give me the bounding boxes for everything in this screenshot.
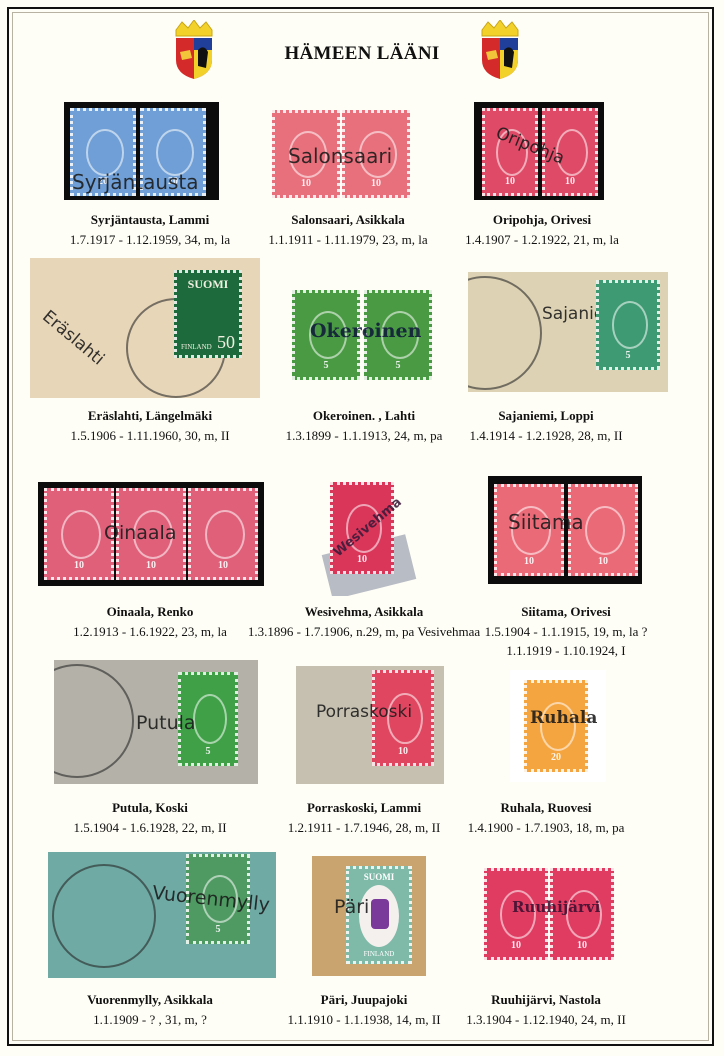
page-title: HÄMEEN LÄÄNI bbox=[0, 43, 724, 65]
coat-of-arms-icon bbox=[478, 20, 522, 80]
entry-name: Salonsaari, Asikkala bbox=[238, 212, 458, 228]
entry-name: Ruuhijärvi, Nastola bbox=[436, 992, 656, 1008]
postmark bbox=[468, 276, 542, 390]
entry-name: Oinaala, Renko bbox=[40, 604, 260, 620]
entry-dates: 1.5.1904 - 1.1.1915, 19, m, la ? bbox=[456, 622, 676, 641]
stamp-exhibit: 10 10 Ruuhijärvi bbox=[484, 868, 616, 962]
entry-caption: Salonsaari, Asikkala 1.1.1911 - 1.11.197… bbox=[238, 212, 458, 249]
entry-name: Oripohja, Orivesi bbox=[432, 212, 652, 228]
entry-dates: 1.5.1904 - 1.6.1928, 22, m, II bbox=[40, 818, 260, 837]
entry-dates: 1.7.1917 - 1.12.1959, 34, m, la bbox=[40, 230, 260, 249]
stamp-exhibit: 20 Ruhala bbox=[510, 670, 606, 782]
stamp-exhibit: 10 10 Siitama bbox=[488, 476, 642, 584]
entry-caption: Syrjäntausta, Lammi 1.7.1917 - 1.12.1959… bbox=[40, 212, 260, 249]
entry-dates-secondary: 1.1.1919 - 1.10.1924, I bbox=[456, 641, 676, 660]
entry-dates: 1.3.1896 - 1.7.1906, n.29, m, pa Vesiveh… bbox=[244, 622, 484, 641]
entry-dates: 1.4.1900 - 1.7.1903, 18, m, pa bbox=[436, 818, 656, 837]
entry-name: Syrjäntausta, Lammi bbox=[40, 212, 260, 228]
lion-emblem-icon bbox=[371, 899, 389, 929]
stamp-exhibit: 10 10 Salonsaari bbox=[272, 110, 412, 200]
postmark bbox=[54, 664, 134, 778]
stamp: SUOMI FINLAND 50 bbox=[174, 270, 242, 358]
entry-name: Sajaniemi, Loppi bbox=[436, 408, 656, 424]
overprint: Eräslahti bbox=[38, 306, 108, 369]
overprint: Salonsaari bbox=[288, 144, 392, 168]
overprint: Porraskoski bbox=[316, 702, 412, 722]
stamp-exhibit: SUOMI FINLAND Päri bbox=[312, 856, 426, 976]
overprint: Ruhala bbox=[530, 708, 597, 728]
stamp-exhibit: 20 20 Syrjäntausta bbox=[64, 102, 219, 200]
stamp-exhibit: 5 Putula bbox=[54, 660, 258, 784]
entry-caption: Siitama, Orivesi 1.5.1904 - 1.1.1915, 19… bbox=[456, 604, 676, 660]
stamp: 5 bbox=[596, 280, 660, 370]
overprint: Siitama bbox=[508, 510, 584, 534]
stamp-exhibit: SUOMI FINLAND 50 Eräslahti bbox=[30, 258, 260, 398]
overprint: Putula bbox=[136, 712, 196, 734]
overprint: Okeroinen bbox=[310, 320, 421, 342]
entry-caption: Oinaala, Renko 1.2.1913 - 1.6.1922, 23, … bbox=[40, 604, 260, 641]
stamp-exhibit: Sajaniemi 5 bbox=[468, 272, 668, 392]
entry-dates: 1.1.1911 - 1.11.1979, 23, m, la bbox=[238, 230, 458, 249]
entry-caption: Sajaniemi, Loppi 1.4.1914 - 1.2.1928, 28… bbox=[436, 408, 656, 445]
entry-dates: 1.4.1907 - 1.2.1922, 21, m, la bbox=[432, 230, 652, 249]
entry-caption: Putula, Koski 1.5.1904 - 1.6.1928, 22, m… bbox=[40, 800, 260, 837]
stamp-exhibit: 10 10 Oripohja bbox=[474, 102, 604, 200]
overprint: Oinaala bbox=[104, 522, 176, 544]
entry-dates: 1.3.1904 - 1.12.1940, 24, m, II bbox=[436, 1010, 656, 1029]
stamp-exhibit: 5 5 Okeroinen bbox=[292, 290, 434, 382]
entry-name: Siitama, Orivesi bbox=[456, 604, 676, 620]
entry-name: Putula, Koski bbox=[40, 800, 260, 816]
stamp: 10 bbox=[188, 488, 258, 580]
stamp-exhibit: 10 10 10 Oinaala bbox=[38, 482, 264, 586]
stamp-exhibit: 10 Porraskoski bbox=[296, 666, 444, 784]
overprint: Ruuhijärvi bbox=[512, 898, 600, 916]
entry-dates: 1.4.1914 - 1.2.1928, 28, m, II bbox=[436, 426, 656, 445]
entry-name: Eräslahti, Längelmäki bbox=[40, 408, 260, 424]
entry-name: Vuorenmylly, Asikkala bbox=[40, 992, 260, 1008]
stamp-exhibit: 10 Wesivehma bbox=[316, 478, 426, 596]
entry-caption: Oripohja, Orivesi 1.4.1907 - 1.2.1922, 2… bbox=[432, 212, 652, 249]
entry-name: Wesivehma, Asikkala bbox=[244, 604, 484, 620]
overprint: Syrjäntausta bbox=[72, 170, 199, 194]
entry-caption: Wesivehma, Asikkala 1.3.1896 - 1.7.1906,… bbox=[244, 604, 484, 641]
entry-caption: Ruhala, Ruovesi 1.4.1900 - 1.7.1903, 18,… bbox=[436, 800, 656, 837]
stamp-exhibit: 5 Vuorenmylly bbox=[48, 852, 276, 978]
entry-dates: 1.2.1913 - 1.6.1922, 23, m, la bbox=[40, 622, 260, 641]
entry-caption: Vuorenmylly, Asikkala 1.1.1909 - ? , 31,… bbox=[40, 992, 260, 1029]
overprint: Päri bbox=[334, 896, 369, 918]
entry-caption: Eräslahti, Längelmäki 1.5.1906 - 1.11.19… bbox=[40, 408, 260, 445]
entry-caption: Ruuhijärvi, Nastola 1.3.1904 - 1.12.1940… bbox=[436, 992, 656, 1029]
entry-dates: 1.1.1909 - ? , 31, m, ? bbox=[40, 1010, 260, 1029]
entry-dates: 1.5.1906 - 1.11.1960, 30, m, II bbox=[40, 426, 260, 445]
entry-name: Ruhala, Ruovesi bbox=[436, 800, 656, 816]
postmark bbox=[52, 864, 156, 968]
